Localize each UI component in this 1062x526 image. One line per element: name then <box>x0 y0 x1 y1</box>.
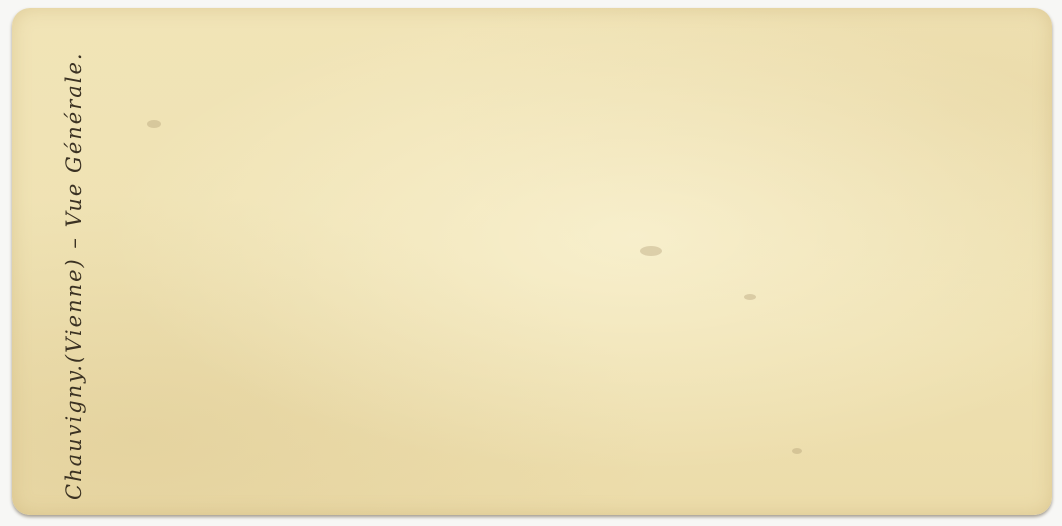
handwritten-caption: Chauvigny.(Vienne) – Vue Générale. <box>62 51 86 500</box>
stereoview-card-back <box>12 8 1052 515</box>
foxing-spot <box>792 448 802 454</box>
foxing-spot <box>147 120 161 128</box>
foxing-spot <box>744 294 756 300</box>
foxing-spot <box>640 246 662 256</box>
